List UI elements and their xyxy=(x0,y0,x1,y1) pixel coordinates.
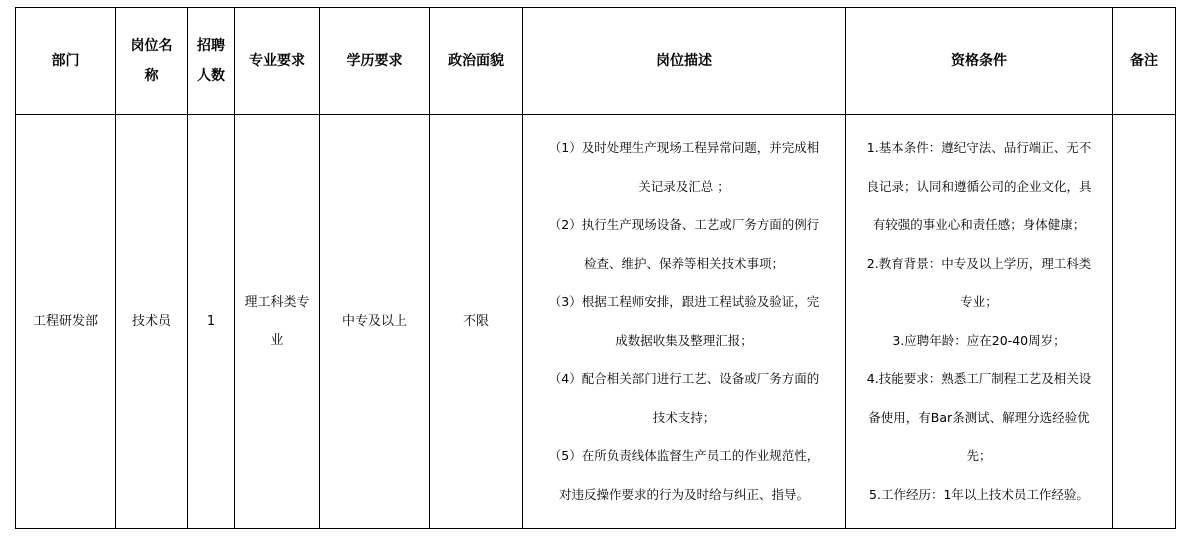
header-row: 部门 岗位名 称 招聘 人数 专业要求 学历要求 政治面貌 岗位描述 资格条件 … xyxy=(16,8,1176,115)
cell-position-name: 技术员 xyxy=(116,115,188,529)
header-department: 部门 xyxy=(16,8,116,115)
cell-department: 工程研发部 xyxy=(16,115,116,529)
cell-description: （1）及时处理生产现场工程异常问题，并完成相 关记录及汇总 ； （2）执行生产现… xyxy=(523,115,846,529)
header-headcount: 招聘 人数 xyxy=(188,8,235,115)
cell-headcount: 1 xyxy=(188,115,235,529)
cell-qualifications: 1.基本条件：遵纪守法、品行端正、无不 良记录；认同和遵循公司的企业文化，具 有… xyxy=(846,115,1113,529)
header-position-name: 岗位名 称 xyxy=(116,8,188,115)
header-qualifications: 资格条件 xyxy=(846,8,1113,115)
header-major: 专业要求 xyxy=(235,8,320,115)
job-posting-table: 部门 岗位名 称 招聘 人数 专业要求 学历要求 政治面貌 岗位描述 资格条件 … xyxy=(15,7,1176,529)
cell-remarks xyxy=(1113,115,1176,529)
cell-major: 理工科类专 业 xyxy=(235,115,320,529)
header-education: 学历要求 xyxy=(320,8,430,115)
header-remarks: 备注 xyxy=(1113,8,1176,115)
header-description: 岗位描述 xyxy=(523,8,846,115)
cell-political: 不限 xyxy=(430,115,523,529)
cell-education: 中专及以上 xyxy=(320,115,430,529)
header-political: 政治面貌 xyxy=(430,8,523,115)
table-row: 工程研发部 技术员 1 理工科类专 业 中专及以上 不限 （1）及时处理生产现场… xyxy=(16,115,1176,529)
